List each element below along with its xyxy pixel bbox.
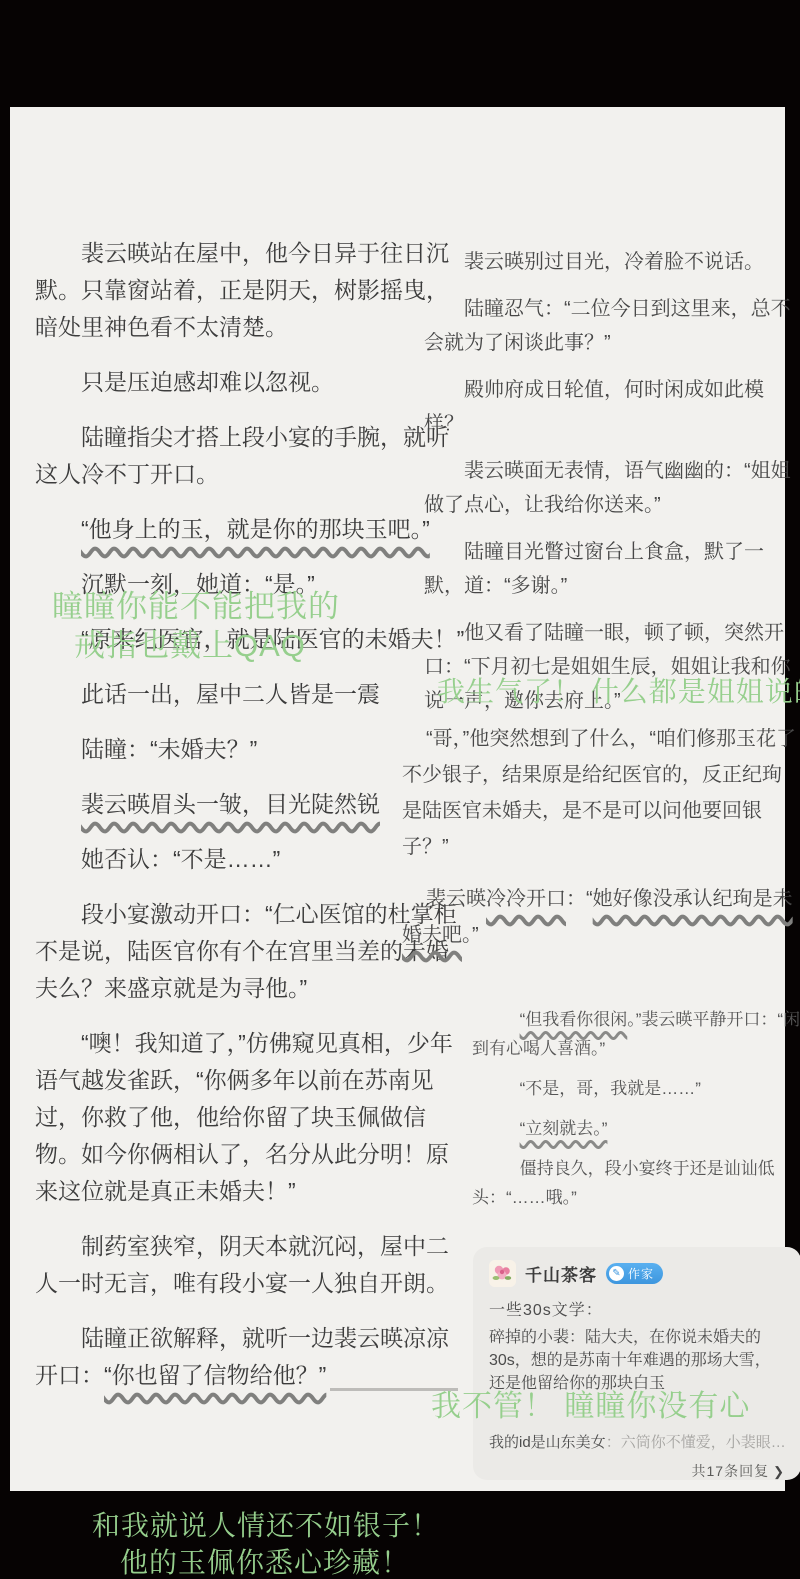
novel-paragraph: “哥，”他突然想到了什么，“咱们修那玉花了不少银子，结果原是给纪医官的，反正纪珣… <box>402 721 800 865</box>
novel-paragraph: “噢！我知道了，”仿佛窥见真相，少年语气越发雀跃，“你俩多年以前在苏南见过，你救… <box>35 1025 471 1210</box>
wavy-emphasis: 裴云暎眉头一皱，目光陡然锐 <box>81 791 380 817</box>
card-header: 千山茶客 ✎ 作家 <box>489 1260 785 1287</box>
novel-paragraph: “但我看你很闲。”裴云暎平静开口：“闲到有心喝人喜酒。” <box>472 1005 800 1063</box>
avatar[interactable] <box>489 1260 516 1287</box>
novel-paragraph: 此话一出，屋中二人皆是一震 <box>35 676 471 713</box>
paragraph-text: 。” <box>462 924 479 946</box>
novel-paragraph: 裴云暎面无表情，语气幽幽的：“姐姐做了点心，让我给你送来。” <box>424 454 800 522</box>
novel-paragraph: 殿帅府成日轮值，何时闲成如此模样？ <box>424 373 800 441</box>
wavy-emphasis: “他身上的玉，就是你的那块玉吧。” <box>81 516 430 542</box>
novel-paragraph: “他身上的玉，就是你的那块玉吧。” <box>35 511 471 548</box>
wavy-emphasis: “立刻就去。” <box>520 1119 608 1138</box>
novel-paragraph: 陆瞳指尖才搭上段小宴的手腕，就听这人冷不丁开口。 <box>35 419 471 493</box>
wavy-emphasis: 冷冷开口 <box>486 888 566 910</box>
novel-paragraph: 陆瞳正欲解释，就听一边裴云暎凉凉开口：“你也留了信物给他？” <box>35 1320 471 1394</box>
paragraph-text: 裴云暎 <box>426 888 486 910</box>
replies-link[interactable]: 共17条回复❯ <box>489 1461 785 1481</box>
novel-paragraph: 只是压迫感却难以忽视。 <box>35 364 471 401</box>
right-column-top: 裴云暎别过目光，冷着脸不说话。 陆瞳忍气：“二位今日到这里来，总不会就为了闲谈此… <box>424 245 800 731</box>
card-id-rest: ：六筒你不懂爱，小裴眼… <box>606 1434 785 1451</box>
screenshot-root: 裴云暎站在屋中，他今日异于往日沉默。只靠窗站着，正是阴天，树影摇曳，暗处里神色看… <box>0 0 800 1579</box>
novel-paragraph: 陆瞳目光瞥过窗台上食盒，默了一默，道：“多谢。” <box>424 535 800 603</box>
note-line: 瞳瞳你能不能把我的 <box>52 587 340 626</box>
author-comment-card[interactable]: 千山茶客 ✎ 作家 一些30s文学： 碎掉的小裴：陆大夫，在你说未婚夫的30s，… <box>473 1247 800 1480</box>
flower-avatar-icon <box>489 1260 516 1287</box>
handwritten-note-no-heart: 我不管！ 瞳瞳你没有心 <box>431 1381 750 1425</box>
handwritten-note-ring: 瞳瞳你能不能把我的 戒指也戴上QAQ <box>52 587 340 665</box>
author-username: 千山茶客 <box>525 1261 597 1286</box>
replies-chevron-icon: ❯ <box>773 1464 785 1479</box>
novel-paragraph: 裴云暎冷冷开口：“她好像没承认纪珣是未婚夫吧。” <box>402 881 800 953</box>
writer-badge: ✎ 作家 <box>606 1263 663 1284</box>
writer-badge-label: 作家 <box>628 1265 654 1282</box>
wavy-emphasis: “但我看你很闲 <box>520 1010 628 1029</box>
note-line: 戒指也戴上QAQ <box>52 626 340 665</box>
card-id-label: 我的id是山东美女 <box>489 1434 606 1451</box>
handwritten-note-angry: 我生气了！ 什么都是姐姐说的 <box>437 670 800 710</box>
replies-count: 共17条回复 <box>692 1463 770 1479</box>
note-line: 和我就说人情还不如银子！ <box>92 1507 440 1544</box>
pen-icon: ✎ <box>609 1266 624 1281</box>
novel-paragraph: “立刻就去。” <box>472 1114 800 1143</box>
novel-paragraph: 陆瞳忍气：“二位今日到这里来，总不会就为了闲谈此事？” <box>424 292 800 360</box>
wavy-emphasis: “你也留了信物给他？” <box>104 1362 326 1388</box>
card-intro-line: 一些30s文学： <box>489 1297 785 1320</box>
novel-paragraph: 僵持良久，段小宴终于还是讪讪低头：“……哦。” <box>472 1154 800 1212</box>
card-id-line: 我的id是山东美女：六筒你不懂爱，小裴眼… <box>489 1431 785 1452</box>
paragraph-text: ：“ <box>566 888 593 910</box>
novel-paragraph: 裴云暎站在屋中，他今日异于往日沉默。只靠窗站着，正是阴天，树影摇曳，暗处里神色看… <box>35 235 471 346</box>
novel-paragraph: 裴云暎别过目光，冷着脸不说话。 <box>424 245 800 279</box>
novel-paragraph: 制药室狭窄，阴天本就沉闷，屋中二人一时无言，唯有段小宴一人独自开朗。 <box>35 1228 471 1302</box>
novel-paragraph: “不是，哥，我就是……” <box>472 1074 800 1103</box>
novel-page: 裴云暎站在屋中，他今日异于往日沉默。只靠窗站着，正是阴天，树影摇曳，暗处里神色看… <box>10 107 785 1491</box>
handwritten-note-jade: 和我就说人情还不如银子！ 他的玉佩你悉心珍藏！ <box>92 1507 440 1579</box>
right-column-middle: “哥，”他突然想到了什么，“咱们修那玉花了不少银子，结果原是给纪医官的，反正纪珣… <box>402 721 800 969</box>
note-line: 他的玉佩你悉心珍藏！ <box>92 1544 440 1579</box>
right-column-small: “但我看你很闲。”裴云暎平静开口：“闲到有心喝人喜酒。” “不是，哥，我就是……… <box>472 1005 800 1223</box>
